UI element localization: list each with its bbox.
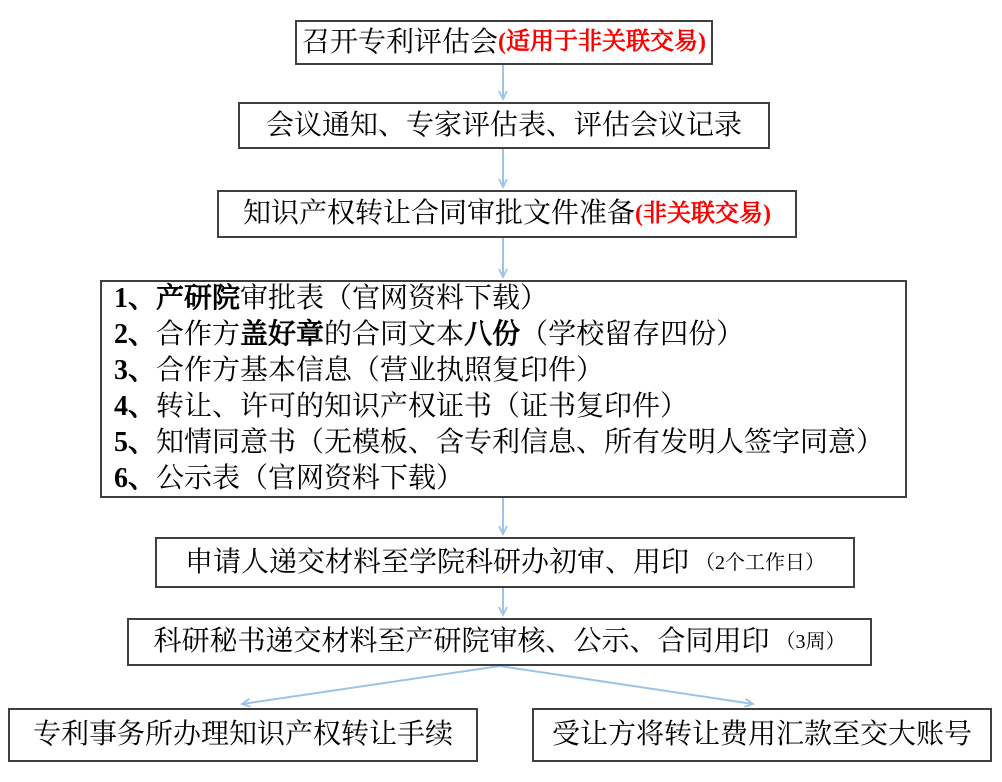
node-text: 专利事务所办理知识产权转让手续 <box>33 718 453 752</box>
node-applicant-submit-to-college-office: 申请人递交材料至学院科研办初审、用印（2个工作日） <box>155 537 855 588</box>
flowchart-canvas: 召开专利评估会(适用于非关联交易) 会议通知、专家评估表、评估会议记录 知识产权… <box>0 0 1002 782</box>
checklist-item-6: 6、公示表（官网资料下载） <box>114 461 464 497</box>
checklist-item-4: 4、转让、许可的知识产权证书（证书复印件） <box>114 389 688 425</box>
node-contract-approval-file-preparation: 知识产权转让合同审批文件准备(非关联交易) <box>217 190 797 238</box>
checklist-item-1: 1、产研院审批表（官网资料下载） <box>114 281 548 317</box>
node-text: 科研秘书递交材料至产研院审核、公示、合同用印 <box>153 625 769 659</box>
arrow-step6-to-right <box>500 666 753 704</box>
node-text: 召开专利评估会 <box>302 26 498 60</box>
item-number: 4、 <box>114 391 156 422</box>
item-number: 3、 <box>114 355 156 386</box>
item-number: 6、 <box>114 463 156 494</box>
node-transferee-remit-fee: 受让方将转让费用汇款至交大账号 <box>532 708 992 762</box>
node-secretary-submit-to-institute: 科研秘书递交材料至产研院审核、公示、合同用印（3周） <box>127 618 872 666</box>
item-text: 审批表（官网资料下载） <box>240 283 548 314</box>
checklist-item-5: 5、知情同意书（无模板、含专利信息、所有发明人签字同意） <box>114 425 884 461</box>
item-bold-text: 八份 <box>464 319 520 350</box>
item-text: （学校留存四份） <box>520 319 744 350</box>
item-number: 2、 <box>114 319 156 350</box>
item-text: 合作方基本信息（营业执照复印件） <box>156 355 604 386</box>
node-annotation-red: (适用于非关联交易) <box>498 28 706 57</box>
node-text: 申请人递交材料至学院科研办初审、用印 <box>185 546 689 580</box>
item-bold-text: 盖好章 <box>240 319 324 350</box>
node-text: 知识产权转让合同审批文件准备 <box>243 197 635 231</box>
node-patent-agency-transfer-procedure: 专利事务所办理知识产权转让手续 <box>8 708 478 762</box>
item-text: 知情同意书（无模板、含专利信息、所有发明人签字同意） <box>156 427 884 458</box>
node-duration-note: （3周） <box>776 630 846 654</box>
node-meeting-documents: 会议通知、专家评估表、评估会议记录 <box>238 102 770 149</box>
arrow-step6-to-left <box>242 666 500 704</box>
node-annotation-red: (非关联交易) <box>635 200 771 229</box>
item-text: 转让、许可的知识产权证书（证书复印件） <box>156 391 688 422</box>
node-convene-patent-evaluation-meeting: 召开专利评估会(适用于非关联交易) <box>295 20 713 65</box>
checklist-item-3: 3、合作方基本信息（营业执照复印件） <box>114 353 604 389</box>
item-text: 合作方 <box>156 319 240 350</box>
checklist-item-2: 2、合作方盖好章的合同文本八份（学校留存四份） <box>114 317 744 353</box>
item-bold-text: 产研院 <box>156 283 240 314</box>
item-text: 的合同文本 <box>324 319 464 350</box>
item-number: 5、 <box>114 427 156 458</box>
node-text: 会议通知、专家评估表、评估会议记录 <box>266 109 742 143</box>
item-text: 公示表（官网资料下载） <box>156 463 464 494</box>
node-document-checklist: 1、产研院审批表（官网资料下载） 2、合作方盖好章的合同文本八份（学校留存四份）… <box>100 280 907 498</box>
node-text: 受让方将转让费用汇款至交大账号 <box>552 718 972 752</box>
item-number: 1、 <box>114 283 156 314</box>
node-duration-note: （2个工作日） <box>695 551 825 575</box>
